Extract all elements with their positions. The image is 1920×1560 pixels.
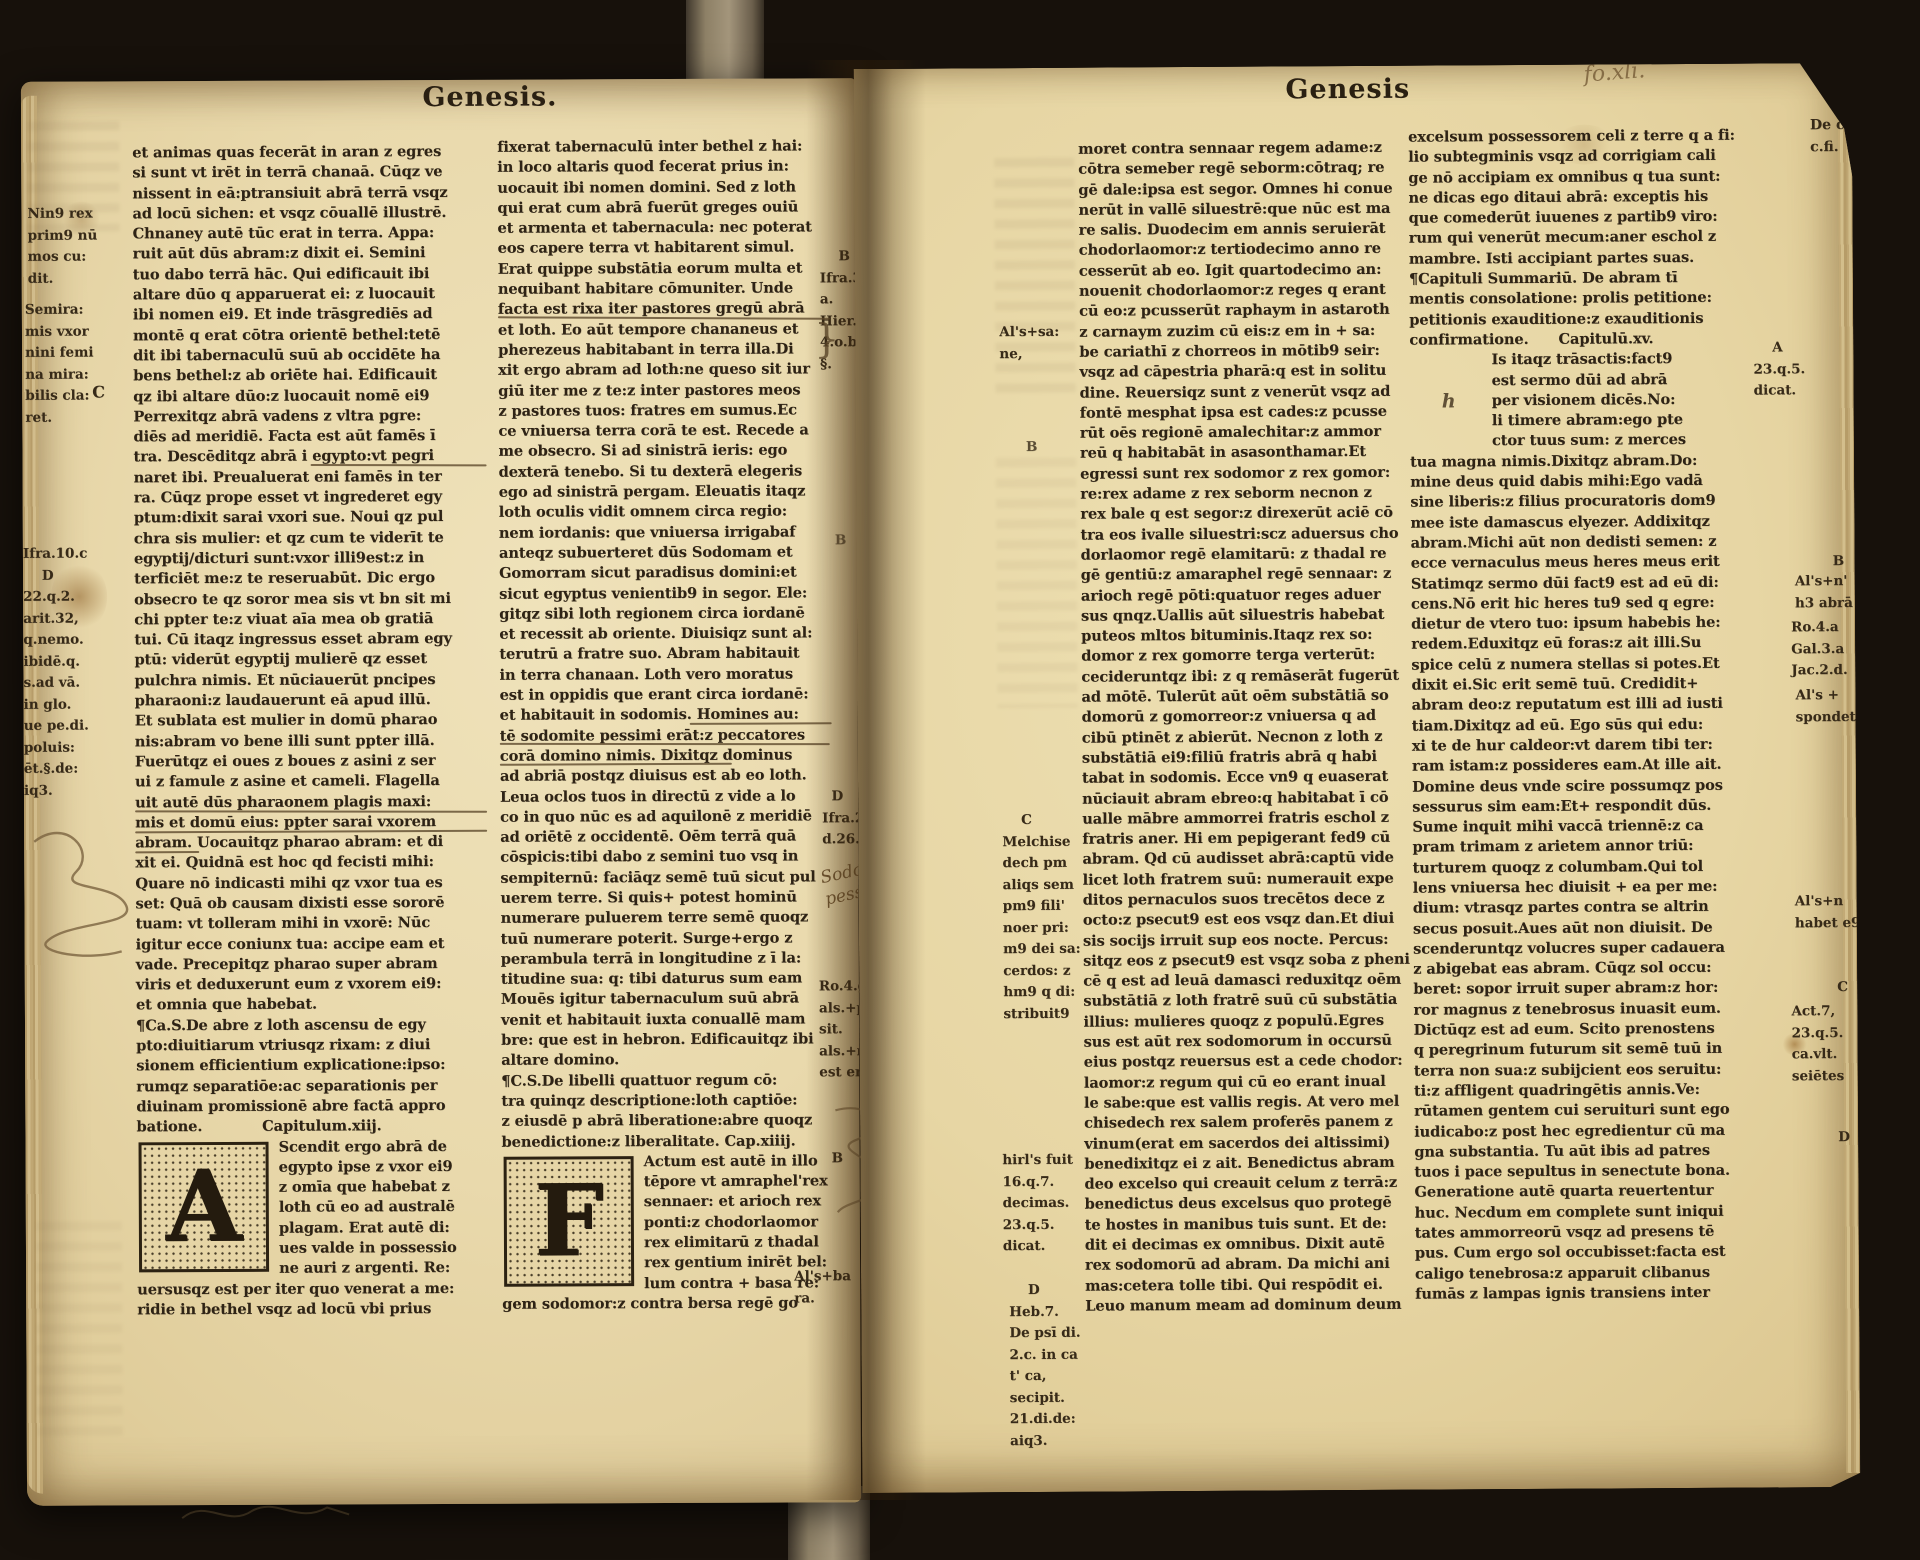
left-page: Genesis. et animas quas fecerāt in aran … [21,78,861,1506]
margin-note: Ro.4.a Gal.3.a Jac.2.d. [1791,617,1848,682]
right-page: Genesis fo.xli. De cōse. c.fi. moret con… [854,63,1861,1493]
margin-note: Al's+n habet e9 [1795,891,1861,934]
running-title-left: Genesis. [410,81,570,113]
left-column-1: et animas quas fecerāt in aran z egres s… [132,142,491,1321]
woodcut-initial-A: A [139,1141,270,1272]
right-column-1: moret contra sennaar regem adame:z cōtra… [1078,138,1409,1317]
margin-note: C Melchise dech pm aliqs sem pm9 fili' n… [1002,810,1081,1025]
paragraph-mark: C [92,381,105,403]
column-text: et animas quas fecerāt in aran z egres s… [132,142,490,1138]
margin-note: Nin9 rex prim9 nū mos cu: dit. [27,203,97,289]
margin-note: hirl's fuit 16.q.7. decimas. 23.q.5. dic… [1002,1150,1073,1258]
column-text: Is itaqz trāsactis:fact9 est sermo dūi a… [1491,349,1686,452]
margin-note: Act.7, 23.q.5. ca.vlt. seiētes [1791,1001,1844,1087]
initial-letter: F [534,1172,604,1270]
margin-note: D Heb.7. De psī di. 2.c. in ca t' ca, se… [1009,1280,1081,1452]
left-column-2: fixerat tabernaculū inter bethel z hai: … [497,136,834,1315]
show-through-text [36,1221,123,1441]
handwritten-scribble [177,1492,357,1533]
margin-note: D [1838,1127,1850,1149]
corner-note: De cōse. c.fi. [1810,115,1876,158]
margin-note: B [1026,437,1038,459]
column-text: excelsum possessorem celi z terre q a fi… [1408,126,1759,351]
manuscript-brace: } [814,316,840,362]
margin-note: Al's+sa: ne, [999,322,1059,365]
margin-note: Al's+ba ra. [794,1266,851,1309]
margin-note: Ifra.10.c D 22.q.2. arit.32, q.nemo. ibi… [23,544,89,802]
blank-initial-space: h [1409,350,1488,451]
page-edge-stack [1838,93,1860,1473]
margin-note: Al's+n' h3 abrā [1795,571,1853,614]
margin-note: B [1833,551,1845,573]
initial-letter: A [166,1157,242,1255]
running-title-right: Genesis [1268,74,1428,106]
show-through-text [996,458,1078,708]
column-text: tua magna nimis.Dixitqz abram.Do: mine d… [1410,450,1765,1305]
book-photograph: Genesis. et animas quas fecerāt in aran … [0,0,1920,1560]
margin-note: B [835,530,847,552]
margin-note: C [1837,977,1848,999]
margin-note: A 23.q.5. dicat. [1753,337,1805,402]
right-column-2: excelsum possessorem celi z terre q a fi… [1408,126,1765,1305]
guide-letter: h [1442,390,1456,412]
column-text: gem sodomor:z contra bersa regē go [502,1293,834,1315]
handwritten-scribble [26,811,147,972]
column-text: Scendit ergo abrā de egypto ipse z vxor … [279,1136,457,1279]
column-text: fixerat tabernaculū inter bethel z hai: … [497,136,833,1152]
column-text: uersusqz est per iter quo venerat a me: … [137,1278,491,1320]
margin-note: Al's + spondet [1795,685,1855,728]
margin-note: Semira: mis vxor nini femi na mira: bili… [25,300,94,429]
folio-number-handwritten: fo.xli. [1583,58,1646,88]
woodcut-initial-F: F [504,1156,635,1287]
column-text: moret contra sennaar regem adame:z cōtra… [1078,138,1409,1317]
